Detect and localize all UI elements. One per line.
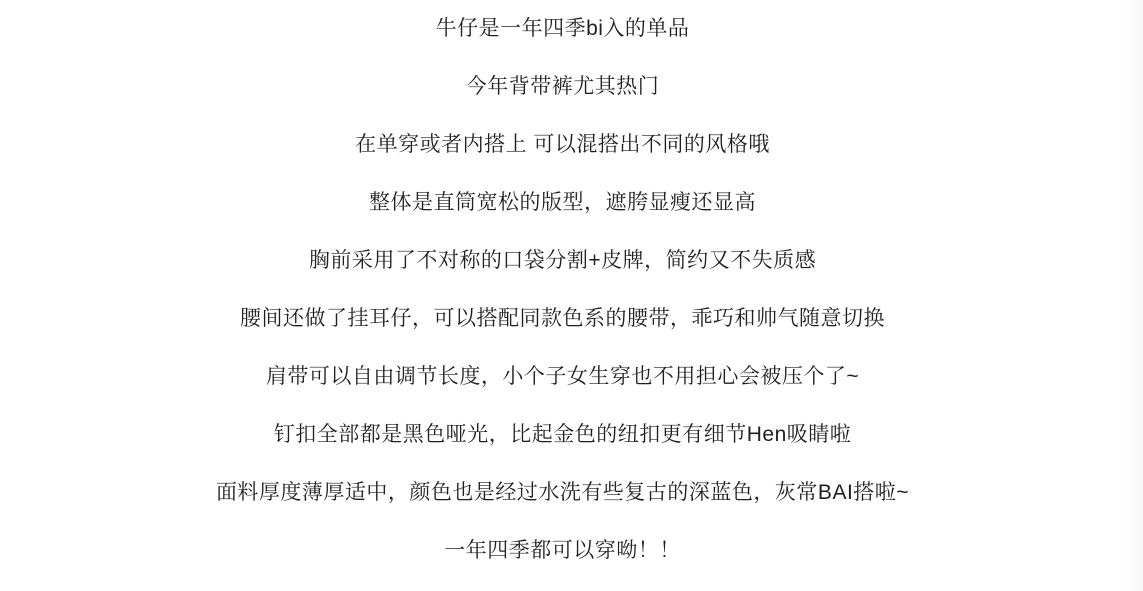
text-line-3: 在单穿或者内搭上 可以混搭出不同的风格哦 <box>0 116 1125 174</box>
text-line-9: 面料厚度薄厚适中，颜色也是经过水洗有些复古的深蓝色，灰常BAI搭啦~ <box>0 464 1125 522</box>
text-line-10: 一年四季都可以穿呦！！ <box>0 522 1125 580</box>
text-line-5: 胸前采用了不对称的口袋分割+皮牌，简约又不失质感 <box>0 232 1125 290</box>
page-edge-shading <box>1125 0 1143 591</box>
text-line-7: 肩带可以自由调节长度，小个子女生穿也不用担心会被压个了~ <box>0 348 1125 406</box>
text-line-8: 钉扣全部都是黑色哑光，比起金色的纽扣更有细节Hen吸睛啦 <box>0 406 1125 464</box>
text-line-4: 整体是直筒宽松的版型，遮胯显瘦还显高 <box>0 174 1125 232</box>
text-line-2: 今年背带裤尤其热门 <box>0 58 1125 116</box>
text-line-6: 腰间还做了挂耳仔，可以搭配同款色系的腰带，乖巧和帅气随意切换 <box>0 290 1125 348</box>
product-description-text: 牛仔是一年四季bi入的单品 今年背带裤尤其热门 在单穿或者内搭上 可以混搭出不同… <box>0 0 1125 591</box>
text-line-1: 牛仔是一年四季bi入的单品 <box>0 0 1125 58</box>
